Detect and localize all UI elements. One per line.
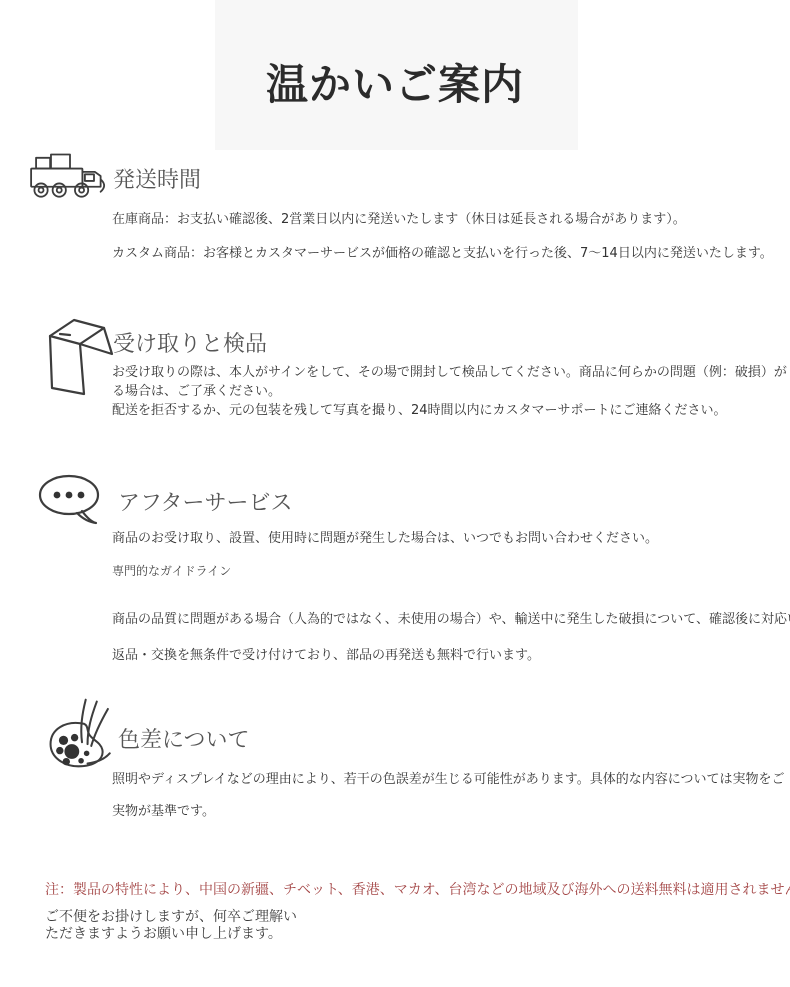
closing-apology-line2: ただきますようお願い申し上げます。	[45, 926, 297, 943]
speech-bubble-icon	[36, 472, 106, 526]
after-service-paragraph-contact: 商品のお受け取り、設置、使用時に問題が発生した場合は、いつでもお問い合わせくださ…	[112, 530, 658, 547]
after-service-guideline-label: 専門的なガイドライン	[112, 563, 231, 580]
page-title: 温かいご案内	[0, 60, 790, 110]
color-difference-paragraph: 照明やディスプレイなどの理由により、若干の色誤差が生じる可能性があります。具体的…	[112, 771, 785, 788]
open-box-icon	[40, 310, 116, 396]
color-difference-standard-line: 実物が基準です。	[112, 803, 215, 820]
palette-icon	[42, 696, 122, 770]
section-heading-shipping: 発送時間	[113, 168, 201, 194]
after-service-paragraph-quality: 商品の品質に問題がある場合（人為的ではなく、未使用の場合）や、輸送中に発生した破…	[112, 611, 790, 628]
receipt-paragraph-refuse: 配送を拒否するか、元の包装を残して写真を撮り、24時間以内にカスタマーサポートに…	[112, 402, 727, 419]
shipping-paragraph-custom: カスタム商品：お客様とカスタマーサービスが価格の確認と支払いを行った後、7〜14…	[112, 245, 773, 262]
section-heading-receipt: 受け取りと検品	[113, 332, 267, 358]
shipping-paragraph-stock: 在庫商品：お支払い確認後、2営業日以内に発送いたします（休日は延長される場合があ…	[112, 211, 686, 228]
closing-apology-line1: ご不便をお掛けしますが、何卒ご理解い	[45, 909, 297, 926]
warm-guide-page: 温かいご案内 発送時間 在庫商品：お支払い確認後、2営業日以内に発送いたします（…	[0, 0, 790, 987]
delivery-truck-icon	[28, 152, 112, 200]
after-service-paragraph-returns: 返品・交換を無条件で受け付けており、部品の再発送も無料で行います。	[112, 647, 540, 664]
receipt-paragraph-line1: お受け取りの際は、本人がサインをして、その場で開封して検品してください。商品に何…	[112, 364, 787, 381]
shipping-restriction-note: 注：製品の特性により、中国の新疆、チベット、香港、マカオ、台湾などの地域及び海外…	[45, 881, 790, 899]
section-heading-color-difference: 色差について	[118, 728, 250, 754]
closing-apology-note: ご不便をお掛けしますが、何卒ご理解い ただきますようお願い申し上げます。	[45, 909, 297, 943]
section-heading-after-service: アフターサービス	[118, 491, 292, 517]
receipt-paragraph-line2: る場合は、ご了承ください。	[112, 383, 281, 400]
